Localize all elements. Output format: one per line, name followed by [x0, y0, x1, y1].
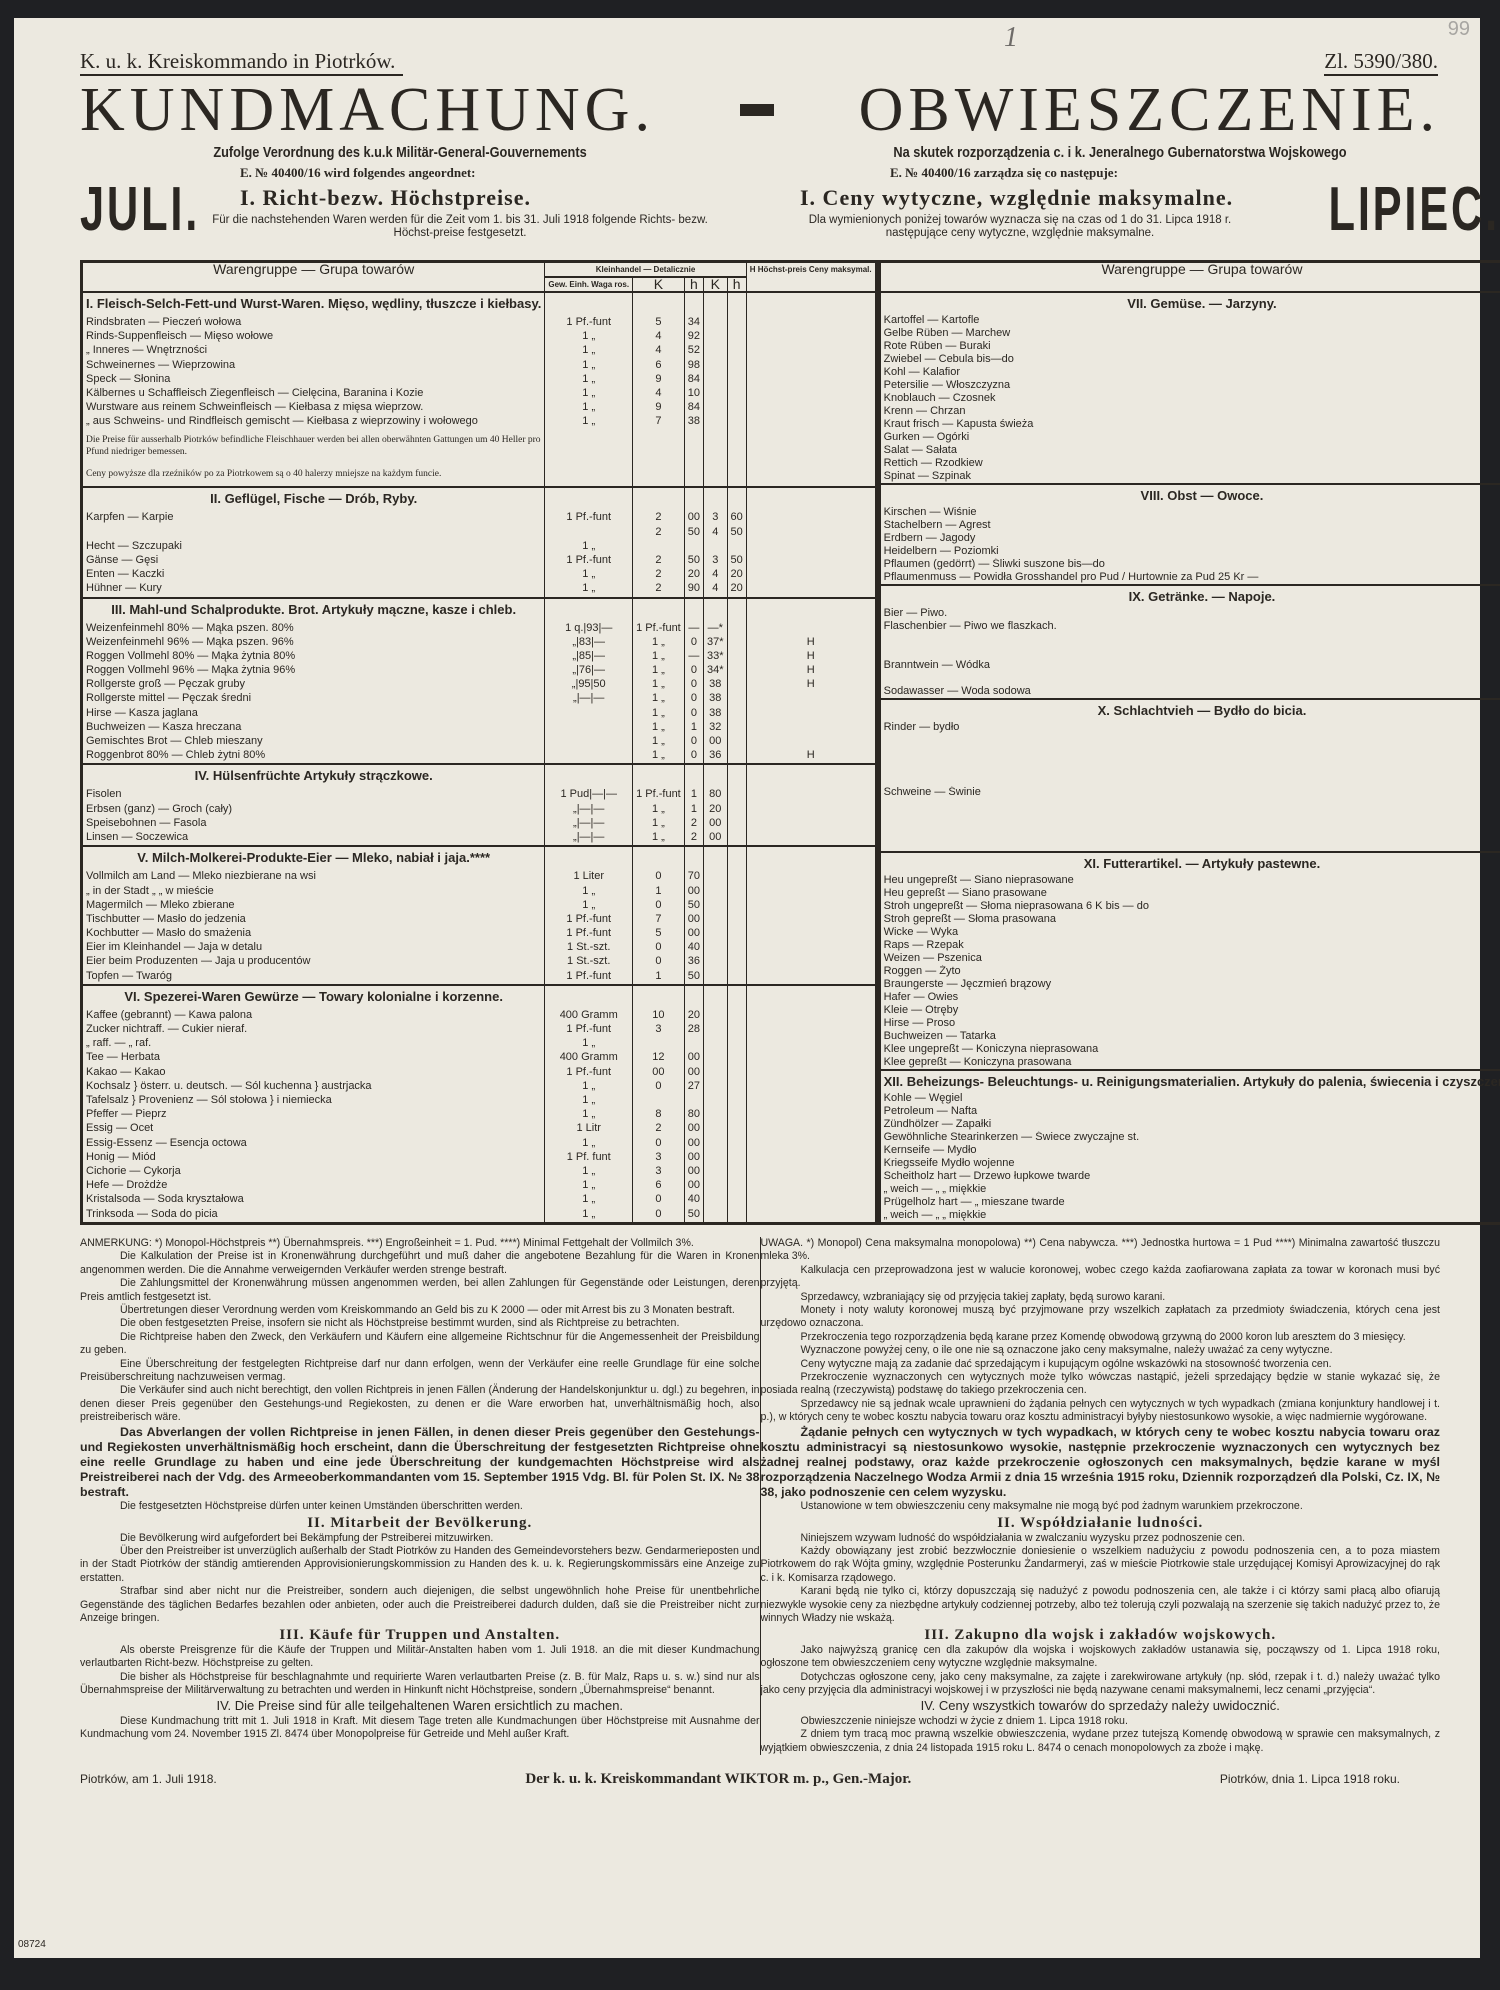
- table-row: „ raff. — „ raf.1 „: [82, 1037, 877, 1051]
- price-h2: [727, 415, 746, 429]
- item-name: „ Inneres — Wnętrzności: [82, 344, 545, 358]
- item-name: Kälbernes u Schaffleisch Ziegenfleisch —…: [82, 387, 545, 401]
- item-name: Hefe — Drożdże: [82, 1179, 545, 1193]
- paragraph: Sprzedawcy, wzbraniający się od przyjęci…: [761, 1291, 1441, 1304]
- max-flag: [746, 955, 876, 969]
- item-name: Pfeffer — Pieprz: [82, 1108, 545, 1122]
- item-name: [879, 633, 1500, 646]
- item-name: Erbsen (ganz) — Groch (cały): [82, 803, 545, 817]
- unit: 400 Gramm: [545, 1009, 633, 1023]
- max-flag: [746, 1122, 876, 1136]
- max-flag: [746, 803, 876, 817]
- price-k: 4: [633, 387, 685, 401]
- unit: „|—|—: [545, 692, 633, 706]
- price-h: 00: [684, 1179, 703, 1193]
- item-name: Kirschen — Wiśnie: [879, 506, 1500, 519]
- max-flag: [746, 913, 876, 927]
- item-name: Pflaumen (gedörrt) — Śliwki suszone bis—…: [879, 558, 1500, 571]
- price-k: 12: [633, 1051, 685, 1065]
- max-flag: [746, 511, 876, 525]
- table-row: Heu ungepreßt — Siano nieprasowane1 q.30…: [879, 874, 1500, 887]
- price-h: 1: [684, 721, 703, 735]
- price-k: 1 Pf.-funt: [633, 788, 685, 802]
- section-row: VIII. Obst — Owoce.: [879, 484, 1500, 506]
- table-row: Vollmilch am Land — Mleko niezbierane na…: [82, 870, 877, 884]
- unit: 1 „: [545, 899, 633, 913]
- table-row: Weizen — Pszenica1 „5460**: [879, 952, 1500, 965]
- price-h: 0: [684, 636, 703, 650]
- annotation: UWAGA. *) Monopol) Cena maksymalna monop…: [761, 1237, 1441, 1264]
- price-h: 40: [684, 1193, 703, 1207]
- item-name: Trinksoda — Soda do picia: [82, 1208, 545, 1224]
- unit: 1 „: [545, 359, 633, 373]
- max-flag: [746, 1051, 876, 1065]
- unit: 1 „: [545, 1037, 633, 1051]
- price-k: 8: [633, 1108, 685, 1122]
- item-name: Buchweizen — Tatarka: [879, 1030, 1500, 1043]
- price-k2: 3: [704, 554, 728, 568]
- unit: „|83|—: [545, 636, 633, 650]
- price-h2: [727, 1137, 746, 1151]
- price-h: 52: [684, 344, 703, 358]
- section-row: IX. Getränke. — Napoje.: [879, 585, 1500, 607]
- item-name: Heidelbern — Poziomki: [879, 545, 1500, 558]
- table-row: Topfen — Twaróg1 Pf.-funt150: [82, 970, 877, 985]
- price-h: 00: [684, 927, 703, 941]
- unit: 1 „: [545, 568, 633, 582]
- handwritten-folio-number: 99: [1448, 18, 1470, 41]
- item-name: Magermilch — Mleko zbierane: [82, 899, 545, 913]
- item-name: Kernseife — Mydło: [879, 1144, 1500, 1157]
- price-h: [684, 1037, 703, 1051]
- table-row: „ Inneres — Wnętrzności1 „452: [82, 344, 877, 358]
- table-row: Kirschen — Wiśnie1 Pf.-funt—60: [879, 506, 1500, 519]
- archive-number: 08724: [18, 1939, 46, 1950]
- table-row: Schweine — Świnie35— 60 Kg.|4|—1 „——: [879, 786, 1500, 799]
- regulation-text: ANMERKUNG: *) Monopol-Höchstpreis **) Üb…: [80, 1237, 1440, 1755]
- price-h2: [727, 913, 746, 927]
- max-flag: [746, 1193, 876, 1207]
- price-k2: 38: [704, 692, 728, 706]
- item-name: Hecht — Szczupaki: [82, 540, 545, 554]
- unit: 1 „: [545, 373, 633, 387]
- top-row: K. u. k. Kreiskommando in Piotrków. Zl. …: [80, 44, 1440, 76]
- price-h2: [727, 927, 746, 941]
- title-polish: OBWIESZCZENIE.: [859, 78, 1440, 142]
- max-flag: H: [746, 749, 876, 764]
- price-k: 0: [633, 955, 685, 969]
- price-k2: 4: [704, 582, 728, 597]
- unit: „|—|—: [545, 817, 633, 831]
- table-row: Kleie — Otręby1 „4500: [879, 1004, 1500, 1017]
- price-h: 00: [684, 511, 703, 525]
- price-k2: [704, 1193, 728, 1207]
- month-german: JULI.: [80, 174, 200, 245]
- max-flag: [746, 927, 876, 941]
- item-name: Hirse — Proso: [879, 1017, 1500, 1030]
- table-row: Hühner — Kury1 „290420: [82, 582, 877, 597]
- issuing-authority: K. u. k. Kreiskommando in Piotrków.: [80, 49, 403, 76]
- unit: 1 Liter: [545, 870, 633, 884]
- table-row: Kochbutter — Masło do smażenia1 Pf.-funt…: [82, 927, 877, 941]
- table-row: Wicke — Wyka1 „——**1000: [879, 926, 1500, 939]
- price-h2: [727, 622, 746, 636]
- max-flag: [746, 373, 876, 387]
- price-k2: [704, 1023, 728, 1037]
- table-row: Roggen Vollmehl 96% — Mąka żytnia 96%„|7…: [82, 664, 877, 678]
- table-row: Braungerste — Jęczmień brązowy1 „4830**: [879, 978, 1500, 991]
- handwritten-page-number: 1: [1004, 22, 1018, 54]
- unit: 1 Pf.-funt: [545, 927, 633, 941]
- title-row: KUNDMACHUNG. OBWIESZCZENIE.: [80, 78, 1440, 142]
- section-title: IX. Getränke. — Napoje.: [879, 585, 1500, 607]
- price-h: 00: [684, 1066, 703, 1080]
- item-name: [879, 646, 1500, 659]
- price-h2: [727, 692, 746, 706]
- price-h: 50: [684, 1208, 703, 1224]
- paragraph: Eine Überschreitung der festgelegten Ric…: [80, 1358, 760, 1385]
- table-row: „ aus Schweins- und Rindfleisch gemischt…: [82, 415, 877, 429]
- price-k: 7: [633, 913, 685, 927]
- paragraph: Sprzedawcy nie są jednak wcale uprawnien…: [761, 1398, 1441, 1425]
- table-body: VII. Gemüse. — Jarzyny.Kartoffel — Karto…: [879, 292, 1500, 1224]
- price-k: 3: [633, 1151, 685, 1165]
- unit: „|85|—: [545, 650, 633, 664]
- price-k: 1 „: [633, 831, 685, 846]
- price-k2: [704, 316, 728, 330]
- price-k: 10: [633, 1009, 685, 1023]
- table-row: 1 Liter|1|501 Liter180: [879, 633, 1500, 646]
- table-row: Heidelbern — Poziomki1 „—50: [879, 545, 1500, 558]
- table-row: „ in der Stadt „ „ w mieście1 „100: [82, 885, 877, 899]
- price-table-left: Warengruppe — Grupa towarów Kleinhandel …: [80, 260, 878, 1225]
- price-k2: [704, 870, 728, 884]
- table-row: Schweinernes — Wieprzowina1 „698: [82, 359, 877, 373]
- table-row: Kohle — Węgiel1 Pud180: [879, 1092, 1500, 1105]
- price-k2: 33*: [704, 650, 728, 664]
- table-row: Knoblauch — Czosnek1 „100: [879, 392, 1500, 405]
- price-k: 9: [633, 401, 685, 415]
- item-name: Hühner — Kury: [82, 582, 545, 597]
- max-flag: [746, 870, 876, 884]
- section-heading-3: III. Käufe für Truppen und Anstalten.: [80, 1629, 760, 1642]
- table-row: Hecht — Szczupaki1 „: [82, 540, 877, 554]
- item-name: [879, 747, 1500, 760]
- table-row: Stroh gepreßt — Słoma prasowana1 „800**9…: [879, 913, 1500, 926]
- item-name: Knoblauch — Czosnek: [879, 392, 1500, 405]
- table-row: Gänse — Gęsi1 Pf.-funt250350: [82, 554, 877, 568]
- paragraph: Übertretungen dieser Verordnung werden v…: [80, 1304, 760, 1317]
- price-k2: [704, 1066, 728, 1080]
- unit: 1 q.|93|—: [545, 622, 633, 636]
- unit: 1 „: [545, 1193, 633, 1207]
- price-h: 50: [684, 899, 703, 913]
- unit: 1 St.-szt.: [545, 941, 633, 955]
- section-row: III. Mahl-und Schalprodukte. Brot. Artyk…: [82, 598, 877, 622]
- item-name: Kristalsoda — Soda kryształowa: [82, 1193, 545, 1207]
- table-row: Heu gepreßt — Siano prasowane1 „3200**14…: [879, 887, 1500, 900]
- table-row: Pflaumenmuss — Powidła Grosshandel pro P…: [879, 571, 1500, 585]
- paragraph: Obwieszczenie niniejsze wchodzi w życie …: [761, 1715, 1441, 1728]
- item-name: Zündhölzer — Zapałki: [879, 1118, 1500, 1131]
- price-k: 6: [633, 359, 685, 373]
- table-row: 101—160|8|—1 „——: [879, 825, 1500, 838]
- unit: 1 Pf.-funt: [545, 913, 633, 927]
- item-name: Spinat — Szpinak: [879, 470, 1500, 484]
- col-header-k: K: [633, 277, 685, 292]
- price-h2: [727, 885, 746, 899]
- unit: 1 Litr: [545, 1122, 633, 1136]
- proclamation-page: 1 99 K. u. k. Kreiskommando in Piotrków.…: [14, 18, 1480, 1958]
- item-name: Wurstware aus reinem Schweinfleisch — Ki…: [82, 401, 545, 415]
- item-name: Hirse — Kasza jaglana: [82, 707, 545, 721]
- section-row: VI. Spezerei-Waren Gewürze — Towary kolo…: [82, 985, 877, 1009]
- price-h: 27: [684, 1080, 703, 1094]
- price-k: 1 „: [633, 707, 685, 721]
- col-header-h: h: [684, 277, 703, 292]
- file-number: Zl. 5390/380.: [1324, 49, 1438, 76]
- paragraph: Karani będą nie tylko ci, którzy dopuszc…: [761, 1585, 1441, 1625]
- section-title: X. Schlachtvieh — Bydło do bicia.: [879, 699, 1500, 721]
- price-h2: [727, 735, 746, 749]
- header-polish: LIPIEC. Na skutek rozporządzenia c. i k.…: [800, 144, 1440, 260]
- table-row: Hirse — Kasza jaglana1 „038: [82, 707, 877, 721]
- unit: „|76|—: [545, 664, 633, 678]
- item-name: Heu gepreßt — Siano prasowane: [879, 887, 1500, 900]
- table-row: 350—500|4|501 „——: [879, 760, 1500, 773]
- paragraph: Die Verkäufer sind auch nicht berechtigt…: [80, 1384, 760, 1424]
- signature: Der k. u. k. Kreiskommandant WIKTOR m. p…: [525, 1771, 911, 1788]
- price-h: 0: [684, 678, 703, 692]
- table-row: Hafer — Owies1 „4830**: [879, 991, 1500, 1004]
- paragraph: Über den Preistreiber ist unverzüglich a…: [80, 1545, 760, 1585]
- price-k2: [704, 913, 728, 927]
- section-row: XII. Beheizungs- Beleuchtungs- u. Reinig…: [879, 1070, 1500, 1092]
- header-german: JULI. Zufolge Verordnung des k.u.k Milit…: [80, 144, 720, 260]
- price-k2: [704, 1151, 728, 1165]
- price-h: [684, 540, 703, 554]
- max-flag: [746, 1208, 876, 1224]
- price-h2: [727, 1122, 746, 1136]
- paragraph: Die Richtpreise haben den Zweck, den Ver…: [80, 1331, 760, 1358]
- col-header-unit: Gew. Einh. Waga ros.: [545, 277, 633, 292]
- price-k2: [704, 1108, 728, 1122]
- table-row: Petroleum — Nafta1 Pf. = ½ Kw.050: [879, 1105, 1500, 1118]
- col-header-retail: Kleinhandel — Detalicznie: [545, 262, 746, 278]
- unit: [545, 749, 633, 764]
- table-row: Petersilie — Włoszczyzna1 „—50: [879, 379, 1500, 392]
- price-k2: [704, 540, 728, 554]
- item-name: [879, 672, 1500, 685]
- price-h: 10: [684, 387, 703, 401]
- max-flag: [746, 387, 876, 401]
- table-row: Pfeffer — Pieprz1 „880: [82, 1108, 877, 1122]
- price-k: 0: [633, 899, 685, 913]
- max-flag: H: [746, 636, 876, 650]
- price-h2: [727, 1080, 746, 1094]
- unit: „|—|—: [545, 803, 633, 817]
- item-name: Rollgerste mittel — Pęczak średni: [82, 692, 545, 706]
- price-h: 2: [684, 831, 703, 846]
- table-row: Hirse — Proso1 „8000: [879, 1017, 1500, 1030]
- max-flag: [746, 622, 876, 636]
- price-k2: [704, 330, 728, 344]
- paragraph: Niniejszem wzywam ludność do współdziała…: [761, 1532, 1441, 1545]
- unit: 1 „: [545, 401, 633, 415]
- price-k: 1: [633, 885, 685, 899]
- price-k2: 34*: [704, 664, 728, 678]
- price-k: [633, 1094, 685, 1108]
- price-k2: 20: [704, 803, 728, 817]
- unit: 1 „: [545, 1179, 633, 1193]
- table-row: Karpfen — Karpie1 Pf.-funt200360: [82, 511, 877, 525]
- item-name: Hafer — Owies: [879, 991, 1500, 1004]
- table-row: Essig — Ocet1 Litr200: [82, 1122, 877, 1136]
- place-date-polish: Piotrków, dnia 1. Lipca 1918 roku.: [1220, 1772, 1400, 1786]
- unit: 1 „: [545, 1165, 633, 1179]
- price-h2: [727, 970, 746, 985]
- item-name: [879, 838, 1500, 852]
- price-h: 00: [684, 1051, 703, 1065]
- table-row: Trinksoda — Soda do picia1 „050: [82, 1208, 877, 1224]
- price-h: 50: [684, 970, 703, 985]
- unit: 1 „: [545, 582, 633, 597]
- unit: 1 Pf.-funt: [545, 970, 633, 985]
- price-k: 2: [633, 582, 685, 597]
- unit: 1 „: [545, 1137, 633, 1151]
- price-k: 1 „: [633, 749, 685, 764]
- table-row: Roggenbrot 80% — Chleb żytni 80%1 „036H: [82, 749, 877, 764]
- price-k: 0: [633, 941, 685, 955]
- max-flag: [746, 721, 876, 735]
- paragraph: Die Kalkulation der Preise ist in Kronen…: [80, 1250, 760, 1277]
- max-flag: [746, 359, 876, 373]
- price-h: 98: [684, 359, 703, 373]
- item-name: [879, 760, 1500, 773]
- item-name: „ weich — „ „ miękkie: [879, 1183, 1500, 1196]
- section-row: X. Schlachtvieh — Bydło do bicia.: [879, 699, 1500, 721]
- max-flag: [746, 1009, 876, 1023]
- price-k: 2: [633, 554, 685, 568]
- price-h2: [727, 707, 746, 721]
- price-k2: [704, 359, 728, 373]
- max-flag: [746, 1023, 876, 1037]
- price-h2: [727, 359, 746, 373]
- price-k2: 4: [704, 526, 728, 540]
- item-name: Flaschenbier — Piwo we flaszkach.: [879, 620, 1500, 633]
- price-k: 0: [633, 1080, 685, 1094]
- col-header-group: Warengruppe — Grupa towarów: [82, 262, 545, 293]
- section-row: V. Milch-Molkerei-Produkte-Eier — Mleko,…: [82, 846, 877, 870]
- price-h: 00: [684, 1151, 703, 1165]
- table-row: Salat — Sałata1 Pf.-funt—40: [879, 444, 1500, 457]
- max-flag: [746, 540, 876, 554]
- max-flag: [746, 330, 876, 344]
- max-flag: [746, 316, 876, 330]
- item-name: Heu ungepreßt — Siano nieprasowane: [879, 874, 1500, 887]
- table-row: Sodawasser — Woda sodowa1 „—40: [879, 685, 1500, 699]
- table-row: Prügelholz hart — „ mieszane twarde„3500: [879, 1196, 1500, 1209]
- section-row: XI. Futterartikel. — Artykuły pastewne.: [879, 852, 1500, 874]
- item-name: Scheitholz hart — Drzewo łupkowe twarde: [879, 1170, 1500, 1183]
- table-row: Linsen — Soczewica„|—|—1 „200: [82, 831, 877, 846]
- item-name: [879, 734, 1500, 747]
- unit: „|95|50: [545, 678, 633, 692]
- price-h2: [727, 721, 746, 735]
- paragraph: Monety i noty waluty koronowej muszą być…: [761, 1304, 1441, 1331]
- col-header-max: H Höchst-preis Ceny maksymal.: [746, 262, 876, 293]
- max-flag: [746, 526, 876, 540]
- max-flag: [746, 899, 876, 913]
- paragraph: Als oberste Preisgrenze für die Käufe de…: [80, 1644, 760, 1671]
- item-name: [879, 812, 1500, 825]
- max-flag: [746, 692, 876, 706]
- item-name: [879, 825, 1500, 838]
- table-row: Klee gepreßt — Koniczyna prasowana1 „35—…: [879, 1056, 1500, 1070]
- max-flag: [746, 1151, 876, 1165]
- price-h: 34: [684, 316, 703, 330]
- paragraph: Die bisher als Höchstpreise für beschlag…: [80, 1671, 760, 1698]
- price-k: 1 Pf.-funt: [633, 622, 685, 636]
- table-row: Gemischtes Brot — Chleb mieszany1 „000: [82, 735, 877, 749]
- price-k: 4: [633, 344, 685, 358]
- price-h2: [727, 803, 746, 817]
- price-k2: 4: [704, 568, 728, 582]
- item-name: „ in der Stadt „ „ w mieście: [82, 885, 545, 899]
- item-name: Rinds-Suppenfleisch — Mięso wołowe: [82, 330, 545, 344]
- item-name: Wicke — Wyka: [879, 926, 1500, 939]
- unit: 1 „: [545, 387, 633, 401]
- price-h: —: [684, 650, 703, 664]
- section-row: IV. Hülsenfrüchte Artykuły strączkowe.: [82, 764, 877, 788]
- paragraph: Ustanowione w tem obwieszczeniu ceny mak…: [761, 1500, 1441, 1513]
- item-name: Prügelholz hart — „ mieszane twarde: [879, 1196, 1500, 1209]
- table-row: Rollgerste mittel — Pęczak średni„|—|—1 …: [82, 692, 877, 706]
- table-row: Kakao — Kakao1 Pf.-funt0000: [82, 1066, 877, 1080]
- unit: 1 „: [545, 1094, 633, 1108]
- table-row: Kälbernes u Schaffleisch Ziegenfleisch —…: [82, 387, 877, 401]
- unit: 1 Pf. funt: [545, 1151, 633, 1165]
- price-h2: [727, 316, 746, 330]
- unit: 400 Gramm: [545, 1051, 633, 1065]
- table-row: über ponad 500|5|—1 „——: [879, 773, 1500, 786]
- table-row: Gewöhnliche Stearinkerzen — Świece zwycz…: [879, 1131, 1500, 1144]
- price-k: 7: [633, 415, 685, 429]
- unit: 1 Pf.-funt: [545, 1066, 633, 1080]
- item-name: Roggen — Żyto: [879, 965, 1500, 978]
- price-h2: [727, 540, 746, 554]
- table-row: Wurstware aus reinem Schweinfleisch — Ki…: [82, 401, 877, 415]
- price-k2: [704, 970, 728, 985]
- price-h2: [727, 870, 746, 884]
- item-name: Kochsalz } österr. u. deutsch. — Sól kuc…: [82, 1080, 545, 1094]
- table-row: 200—300|3|—1 „——: [879, 734, 1500, 747]
- item-name: Petroleum — Nafta: [879, 1105, 1500, 1118]
- item-name: Gurken — Ogórki: [879, 431, 1500, 444]
- price-h: 00: [684, 1122, 703, 1136]
- price-h2: [727, 1165, 746, 1179]
- paragraph-bold: Żądanie pełnych cen wytycznych w tych wy…: [761, 1425, 1441, 1500]
- item-name: Gänse — Gęsi: [82, 554, 545, 568]
- max-flag: [746, 941, 876, 955]
- price-h: 1: [684, 803, 703, 817]
- price-k: 2: [633, 526, 685, 540]
- price-h: 1: [684, 788, 703, 802]
- table-row: Rettich — Rzodkiew1 Bündel Pęczek—40: [879, 457, 1500, 470]
- price-h: [684, 1094, 703, 1108]
- unit: 1 „: [545, 330, 633, 344]
- section-title: VI. Spezerei-Waren Gewürze — Towary kolo…: [82, 985, 545, 1009]
